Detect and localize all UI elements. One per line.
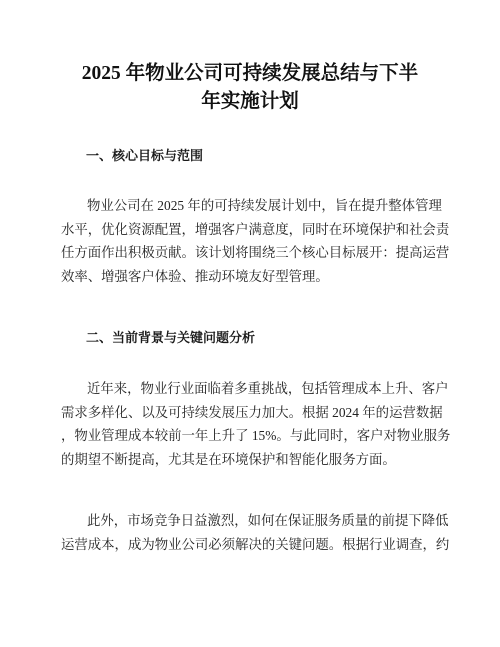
paragraph-line: ，物业管理成本较前一年上升了 15%。与此同时，客户对物业服务 (61, 424, 441, 448)
paragraph-line: 近年来，物业行业面临着多重挑战，包括管理成本上升、客户 (61, 377, 441, 401)
paragraph-line: 需求多样化、以及可持续发展压力加大。根据 2024 年的运营数据 (61, 401, 441, 425)
title-line-2: 年实施计划 (60, 88, 440, 116)
paragraph-line: 任方面作出积极贡献。该计划将围绕三个核心目标展开：提高运营 (61, 241, 441, 265)
section-1-paragraph-1: 物业公司在 2025 年的可持续发展计划中，旨在提升整体管理 水平，优化资源配置… (61, 194, 441, 288)
document-title: 2025 年物业公司可持续发展总结与下半 年实施计划 (60, 60, 440, 116)
section-2-paragraph-2: 此外，市场竞争日益激烈，如何在保证服务质量的前提下降低 运营成本，成为物业公司必… (61, 509, 441, 556)
title-line-1: 2025 年物业公司可持续发展总结与下半 (60, 60, 440, 88)
document-page: 2025 年物业公司可持续发展总结与下半 年实施计划 一、核心目标与范围 物业公… (0, 0, 500, 647)
paragraph-line: 运营成本，成为物业公司必须解决的关键问题。根据行业调查，约 (61, 533, 441, 557)
paragraph-line: 物业公司在 2025 年的可持续发展计划中，旨在提升整体管理 (61, 194, 441, 218)
paragraph-line: 此外，市场竞争日益激烈，如何在保证服务质量的前提下降低 (61, 509, 441, 533)
paragraph-line: 的期望不断提高，尤其是在环境保护和智能化服务方面。 (61, 448, 441, 472)
paragraph-line: 水平，优化资源配置，增强客户满意度，同时在环境保护和社会责 (61, 218, 441, 242)
section-2-paragraph-1: 近年来，物业行业面临着多重挑战，包括管理成本上升、客户 需求多样化、以及可持续发… (61, 377, 441, 471)
section-heading-background-analysis: 二、当前背景与关键问题分析 (86, 330, 255, 348)
section-heading-core-goals: 一、核心目标与范围 (86, 148, 203, 166)
paragraph-line: 效率、增强客户体验、推动环境友好型管理。 (61, 265, 441, 289)
